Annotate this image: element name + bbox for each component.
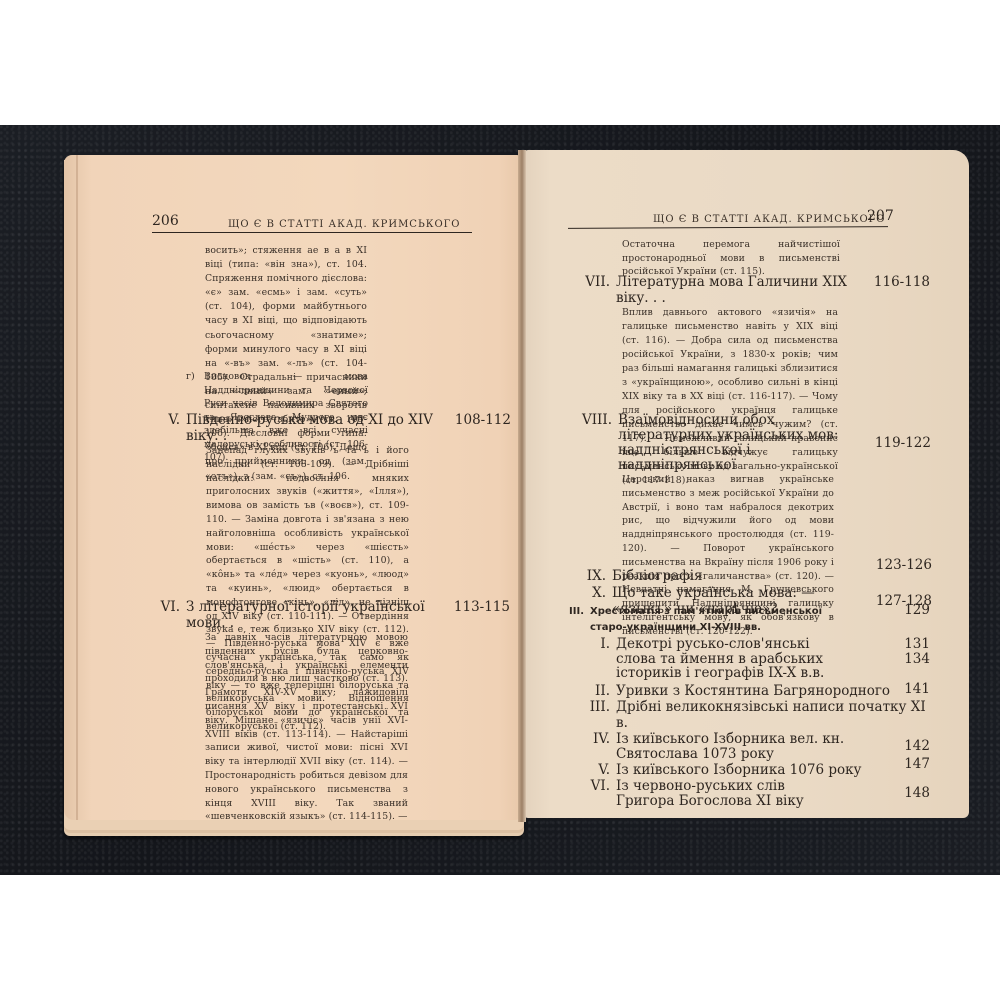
item-number: III.: [588, 699, 610, 715]
section-item: IV. Із київського Ізборника вел. кн. Свя…: [588, 731, 930, 762]
entry-pages: 113-115: [454, 599, 510, 615]
entry-pages: 116-118: [874, 274, 930, 290]
left-page-number: 206: [152, 213, 179, 229]
item-pages: 148: [904, 785, 930, 801]
left-header-rule: [152, 232, 472, 233]
section-item: III. Дрібні великокнязівські написи поча…: [588, 699, 930, 731]
item-title: Уривки з Костянтина Багрянородного: [616, 683, 904, 699]
entry-number: V.: [166, 412, 180, 428]
entry-vi: VI. З літературної історії української м…: [160, 599, 510, 824]
section-pages: 129: [904, 602, 930, 618]
item-title: Із київського Ізборника вел. кн. Святосл…: [616, 732, 846, 762]
entry-title: Бібліографія: [612, 568, 876, 584]
entry-heading: V. Південно-руська мова од XI до XIV вік…: [166, 412, 511, 444]
item-pages: 141: [904, 681, 930, 697]
entry-heading: VIII. Взаїмовідносини обох літературних …: [576, 412, 931, 473]
item-title: Із київського Ізборника 1076 року: [616, 762, 904, 778]
continuation-text: Остаточна перемога найчистішої простонар…: [622, 238, 840, 279]
right-running-head: ЩО Є В СТАТТІ АКАД. КРИМСЬКОГО: [653, 214, 885, 225]
entry-title: З літературної історії української мови.…: [186, 599, 454, 631]
entry-title: Взаїмовідносини обох літературних україн…: [618, 413, 840, 473]
item-number: I.: [588, 636, 610, 652]
entry-number: X.: [582, 585, 606, 601]
entry-heading: VI. З літературної історії української м…: [160, 599, 510, 631]
section-items-list: I. Декотрі русько-слов'янські слова та й…: [588, 636, 930, 809]
entry-number: VI.: [160, 599, 180, 615]
entry-number: VII.: [580, 274, 610, 290]
item-pages: 142: [904, 738, 930, 754]
item-title: Декотрі русько-слов'янські слова та ймен…: [616, 637, 846, 681]
page-fold: [76, 155, 78, 820]
right-continuation-block: Остаточна перемога найчистішої простонар…: [622, 238, 840, 279]
section-item: I. Декотрі русько-слов'янські слова та й…: [588, 636, 930, 681]
item-number: II.: [588, 683, 610, 699]
item-pages: 131134: [904, 637, 930, 666]
entry-title: Південно-руська мова од XI до XIV віку. …: [186, 412, 455, 444]
item-number: IV.: [588, 731, 610, 747]
entry-pages: 108-112: [455, 412, 511, 428]
section-heading: III. Хрестоматія з пам'ятників письменсь…: [566, 602, 930, 636]
book-gutter: [518, 150, 526, 822]
section-item: V. Із київського Ізборника 1076 року 147: [588, 762, 930, 778]
section-item: II. Уривки з Костянтина Багрянородного 1…: [588, 683, 930, 699]
section-item: VI. Із червоно-руських слів Григора Бого…: [588, 778, 930, 809]
item-number: V.: [588, 762, 610, 778]
entry-title: Літературна мова Галичини XIX віку. . .: [616, 274, 874, 306]
section-title: Хрестоматія з пам'ятників письменської с…: [590, 604, 838, 636]
entry-heading: IX. Бібліографія 123-126: [582, 568, 932, 584]
right-page-number: 207: [867, 208, 894, 224]
item-title: Дрібні великокнязівські написи початку X…: [616, 699, 930, 731]
item-pages: 147: [904, 756, 930, 772]
entry-summary: За давніх часів літературною мовою півде…: [205, 631, 408, 824]
item-number: VI.: [588, 778, 610, 794]
entry-pages: 123-126: [876, 557, 932, 573]
section-iii-chrestomathy: III. Хрестоматія з пам'ятників письменсь…: [566, 602, 930, 636]
section-number: III.: [566, 604, 584, 620]
entry-ix: IX. Бібліографія 123-126: [582, 568, 932, 584]
left-running-head: ЩО Є В СТАТТІ АКАД. КРИМСЬКОГО: [228, 219, 460, 230]
entry-number: VIII.: [576, 412, 612, 428]
entry-heading: VII. Літературна мова Галичини XIX віку.…: [580, 274, 930, 306]
entry-number: IX.: [582, 568, 606, 584]
item-title: Із червоно-руських слів Григора Богослов…: [616, 779, 846, 809]
entry-pages: 119-122: [875, 435, 931, 451]
